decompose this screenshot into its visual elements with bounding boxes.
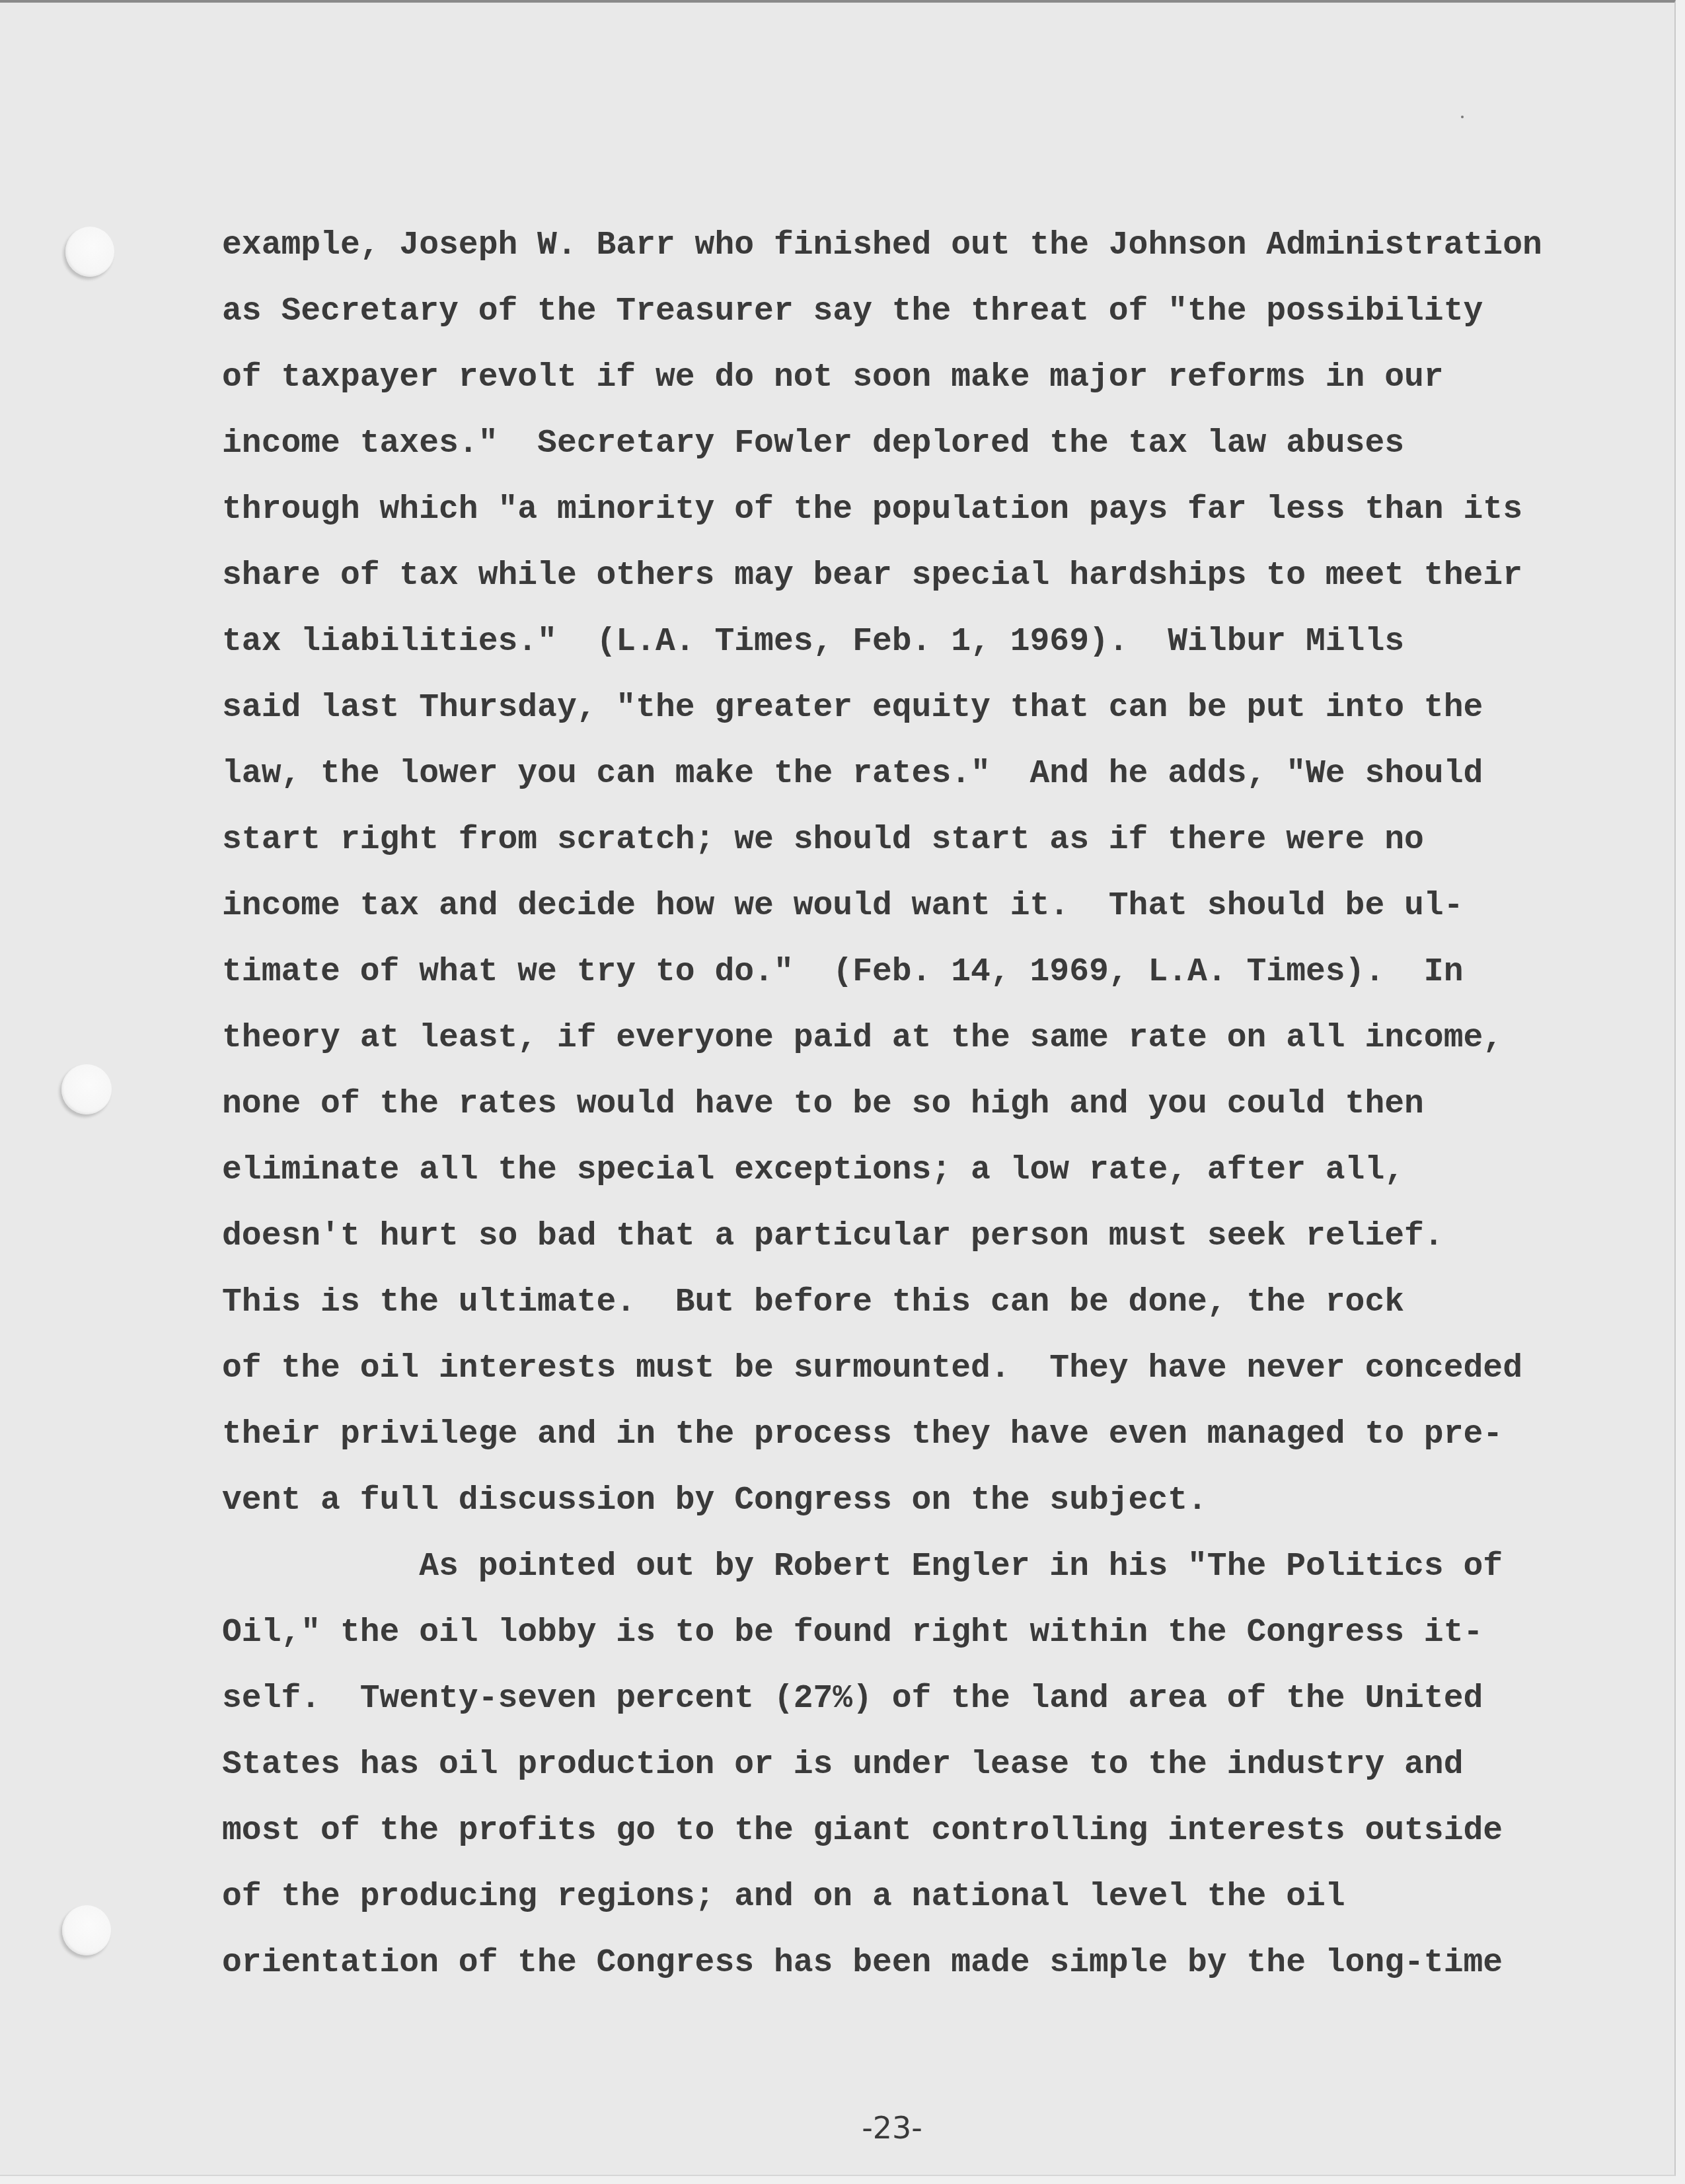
text-line: theory at least, if everyone paid at the… — [222, 1022, 1503, 1055]
text-line: of taxpayer revolt if we do not soon mak… — [222, 361, 1444, 394]
text-line: eliminate all the special exceptions; a … — [222, 1154, 1404, 1187]
text-line: orientation of the Congress has been mad… — [222, 1947, 1503, 1980]
text-line: most of the profits go to the giant cont… — [222, 1815, 1503, 1848]
text-line: income taxes." Secretary Fowler deplored… — [222, 427, 1404, 460]
text-line: Oil," the oil lobby is to be found right… — [222, 1617, 1483, 1650]
punch-hole-middle — [61, 1064, 112, 1114]
text-line: none of the rates would have to be so hi… — [222, 1088, 1424, 1121]
text-line-paragraph-start: As pointed out by Robert Engler in his "… — [222, 1550, 1503, 1583]
paper-speck — [1461, 116, 1464, 118]
text-line: self. Twenty-seven percent (27%) of the … — [222, 1683, 1483, 1716]
text-line: tax liabilities." (L.A. Times, Feb. 1, 1… — [222, 626, 1404, 659]
text-line: their privilege and in the process they … — [222, 1418, 1503, 1451]
text-line: as Secretary of the Treasurer say the th… — [222, 295, 1483, 328]
document-page: example, Joseph W. Barr who finished out… — [0, 0, 1676, 2176]
text-line: This is the ultimate. But before this ca… — [222, 1286, 1404, 1319]
text-line: vent a full discussion by Congress on th… — [222, 1484, 1207, 1517]
text-line: example, Joseph W. Barr who finished out… — [222, 229, 1542, 262]
text-line: law, the lower you can make the rates." … — [222, 758, 1483, 791]
punch-hole-top — [65, 227, 114, 277]
punch-hole-bottom — [62, 1905, 111, 1955]
text-line: share of tax while others may bear speci… — [222, 560, 1522, 593]
text-line: income tax and decide how we would want … — [222, 890, 1464, 923]
text-line: States has oil production or is under le… — [222, 1749, 1464, 1782]
text-line: of the oil interests must be surmounted.… — [222, 1352, 1522, 1385]
text-line: timate of what we try to do." (Feb. 14, … — [222, 956, 1464, 989]
text-line: said last Thursday, "the greater equity … — [222, 692, 1483, 725]
text-line: through which "a minority of the populat… — [222, 493, 1522, 527]
page-number: -23- — [852, 2110, 932, 2146]
text-line: doesn't hurt so bad that a particular pe… — [222, 1220, 1444, 1253]
text-line: start right from scratch; we should star… — [222, 824, 1424, 857]
text-line: of the producing regions; and on a natio… — [222, 1881, 1345, 1914]
